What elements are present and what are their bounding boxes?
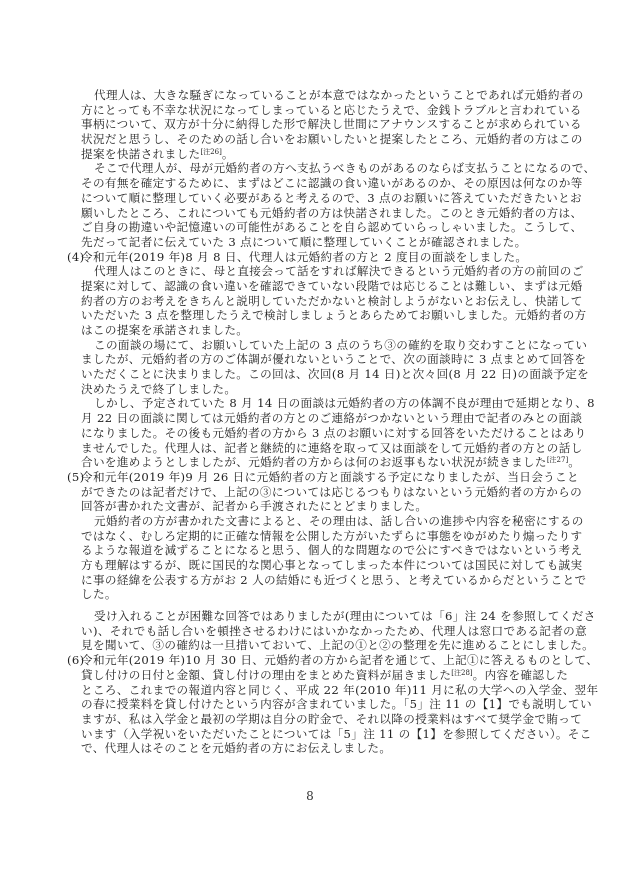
text-line: い)、それでも話し合いを頓挫させるわけにはいかなかったため、代理人は窓口である記… bbox=[67, 624, 549, 639]
item-heading: (5)令和元年(2019 年)9 月 26 日に元婚約者の方と面談する予定になり… bbox=[67, 470, 549, 485]
text-line: います（入学祝いをいただいたことについては「5」注 11 の【1】を参照してくだ… bbox=[67, 727, 549, 742]
text-fragment: 提案を快諾されました bbox=[81, 147, 200, 161]
text-line: 約者の方のお考えをきちんと説明していただかないと検討しようがないとお伝えし、快諾… bbox=[67, 294, 549, 309]
text-line: その有無を確定するために、まずはどこに認識の食い違いがあるのか、その原因は何なの… bbox=[67, 176, 549, 191]
paragraph: しかし、予定されていた 8 月 14 日の面談は元婚約者の方の体調不良が理由で延… bbox=[67, 396, 549, 469]
text-line: 先だって記者に伝えていた 3 点について順に整理していくことが確認されました。 bbox=[67, 235, 549, 250]
text-line: 状況だと思うし、そのための話し合いをお願いしたいと提案したところ、元婚約者の方は… bbox=[67, 132, 549, 147]
text-line: 事柄について、双方が十分に納得した形で解決し世間にアナウンスすることが求められて… bbox=[67, 117, 549, 132]
numbered-item-5: (5)令和元年(2019 年)9 月 26 日に元婚約者の方と面談する予定になり… bbox=[67, 470, 549, 514]
text-line: ご自身の勘違いや記憶違いの可能性があることを自ら認めていらっしゃいました。こうし… bbox=[67, 220, 549, 235]
item-heading-text: 令和元年(2019 年)9 月 26 日に元婚約者の方と面談する予定になりました… bbox=[81, 470, 579, 484]
item-label: (4) bbox=[67, 250, 81, 265]
text-line: そこで代理人が、母が元婚約者の方へ支払うべきものがあるのならば支払うことになるの… bbox=[67, 161, 549, 176]
text-line: に事の経緯を公表する方がお 2 人の結婚にも近づくと思う、と考えているからだとい… bbox=[67, 573, 549, 588]
text-line: ませんでした。代理人は、記者と継続的に連絡を取って又は面談をして元婚約者の方との… bbox=[67, 441, 549, 456]
text-line: はこの提案を承諾されました。 bbox=[67, 323, 549, 338]
text-line: 代理人はこのときに、母と直接会って話をすれば解決できるという元婚約者の方の前回の… bbox=[67, 264, 549, 279]
item-heading: (4)令和元年(2019 年)8 月 8 日、代理人は元婚約者の方と 2 度目の… bbox=[67, 250, 549, 265]
paragraph: この面談の場にて、お願いしていた上記の 3 点のうち③の確約を取り交わすことにな… bbox=[67, 338, 549, 397]
text-line: 合いを進めようとしましたが、元婚約者の方からは何のお返事もない状況が続きました[… bbox=[67, 455, 549, 470]
text-line: 方にとっても不幸な状況になってしまっていると応じたうえで、金銭トラブルと言われて… bbox=[67, 103, 549, 118]
text-line: るような報道を減ずることになると思う、個人的な問題なので公にすべきではないという… bbox=[67, 543, 549, 558]
text-fragment: 合いを進めようとしましたが、元婚約者の方からは何のお返事もない状況が続きました bbox=[81, 455, 547, 469]
text-line: いただくことに決まりました。この回は、次回(8 月 14 日)と次々回(8 月 … bbox=[67, 367, 549, 382]
paragraph-spacer bbox=[67, 602, 549, 609]
item-heading-text: 令和元年(2019 年)10 月 30 日、元婚約者の方から記者を通じて、上記①… bbox=[81, 653, 598, 667]
numbered-item-6: (6)令和元年(2019 年)10 月 30 日、元婚約者の方から記者を通じて、… bbox=[67, 653, 549, 756]
text-line: 代理人は、大きな騒ぎになっていることが本意ではなかったということであれば元婚約者… bbox=[67, 88, 549, 103]
text-line: 願いしたところ、これについても元婚約者の方は快諾されました。このとき元婚約者の方… bbox=[67, 206, 549, 221]
footnote-ref: [注27] bbox=[547, 456, 568, 464]
text-line: 貸し付けの日付と金額、貸し付けの理由をまとめた資料が届きました[注28]。内容を… bbox=[67, 668, 549, 683]
text-fragment: 貸し付けの日付と金額、貸し付けの理由をまとめた資料が届きました bbox=[81, 668, 451, 682]
text-fragment: 。 bbox=[568, 455, 580, 469]
text-line: 提案に対して、認識の食い違いを確認できていない段階では応じることは難しい、まずは… bbox=[67, 279, 549, 294]
text-line: 受け入れることが困難な回答ではありましたが(理由については「6」注 24 を参照… bbox=[67, 609, 549, 624]
paragraph: 受け入れることが困難な回答ではありましたが(理由については「6」注 24 を参照… bbox=[67, 609, 549, 653]
item-heading-text: 令和元年(2019 年)8 月 8 日、代理人は元婚約者の方と 2 度目の面談を… bbox=[81, 250, 527, 264]
text-line: 回答が書かれた文書が、記者から手渡されたにとどまりました。 bbox=[67, 499, 549, 514]
item-heading: (6)令和元年(2019 年)10 月 30 日、元婚約者の方から記者を通じて、… bbox=[67, 653, 549, 668]
text-line: いただいた 3 点を整理したうえで検討しましょうとあらためてお願いしました。元婚… bbox=[67, 308, 549, 323]
text-line: した。 bbox=[67, 587, 549, 602]
text-line: 見を聞いて、③の確約は一旦措いておいて、上記の①と②の整理を先に進めることにしま… bbox=[67, 638, 549, 653]
paragraph: 元婚約者の方が書かれた文書によると、その理由は、話し合いの進捗や内容を秘密にする… bbox=[67, 514, 549, 602]
footnote-ref: [注28] bbox=[451, 669, 472, 677]
text-line: 方も理解はするが、既に国民的な関心事となってしまった本件については国民に対しても… bbox=[67, 558, 549, 573]
text-line: ではなく、むしろ定期的に正確な情報を公開した方がいたずらに事態をゆがめたり煽った… bbox=[67, 529, 549, 544]
text-line: ところ、これまでの報道内容と同じく、平成 22 年(2010 年)11 月に私の… bbox=[67, 683, 549, 698]
text-line: で、代理人はそのことを元婚約者の方にお伝えしました。 bbox=[67, 741, 549, 756]
text-line: ができたのは記者だけで、上記の③については応じるつもりはないという元婚約者の方か… bbox=[67, 485, 549, 500]
paragraph: 代理人は、大きな騒ぎになっていることが本意ではなかったということであれば元婚約者… bbox=[67, 88, 549, 161]
text-line: になりました。その後も元婚約者の方から 3 点のお願いに対する回答をいただけるこ… bbox=[67, 426, 549, 441]
text-line: 決めたうえで終了しました。 bbox=[67, 382, 549, 397]
numbered-item-4: (4)令和元年(2019 年)8 月 8 日、代理人は元婚約者の方と 2 度目の… bbox=[67, 250, 549, 265]
paragraph: 代理人はこのときに、母と直接会って話をすれば解決できるという元婚約者の方の前回の… bbox=[67, 264, 549, 337]
text-fragment: 。内容を確認した bbox=[473, 668, 569, 682]
document-body: 代理人は、大きな騒ぎになっていることが本意ではなかったということであれば元婚約者… bbox=[67, 88, 549, 756]
footnote-ref: [注26] bbox=[200, 148, 221, 156]
text-fragment: 。 bbox=[222, 147, 234, 161]
text-line: この面談の場にて、お願いしていた上記の 3 点のうち③の確約を取り交わすことにな… bbox=[67, 338, 549, 353]
text-line: ますが、私は入学金と最初の学期は自分の貯金で、それ以降の授業料はすべて奨学金で賄… bbox=[67, 712, 549, 727]
text-line: しかし、予定されていた 8 月 14 日の面談は元婚約者の方の体調不良が理由で延… bbox=[67, 396, 549, 411]
text-line: 月 22 日の面談に関しては元婚約者の方とのご連絡がつかないという理由で記者のみ… bbox=[67, 411, 549, 426]
item-label: (6) bbox=[67, 653, 81, 668]
page-number: 8 bbox=[0, 789, 620, 803]
text-line: について順に整理していく必要があると考えるので、3 点のお願いに答えていただきた… bbox=[67, 191, 549, 206]
paragraph: そこで代理人が、母が元婚約者の方へ支払うべきものがあるのならば支払うことになるの… bbox=[67, 161, 549, 249]
text-line: 元婚約者の方が書かれた文書によると、その理由は、話し合いの進捗や内容を秘密にする… bbox=[67, 514, 549, 529]
document-page: 代理人は、大きな騒ぎになっていることが本意ではなかったということであれば元婚約者… bbox=[0, 0, 620, 876]
text-line: ましたが、元婚約者の方のご体調が優れないということで、次の面談時に 3 点まとめ… bbox=[67, 352, 549, 367]
text-line: 提案を快諾されました[注26]。 bbox=[67, 147, 549, 162]
text-line: の春に授業料を貸し付けたという内容が含まれていました。「5」注 11 の【1】で… bbox=[67, 697, 549, 712]
item-label: (5) bbox=[67, 470, 81, 485]
